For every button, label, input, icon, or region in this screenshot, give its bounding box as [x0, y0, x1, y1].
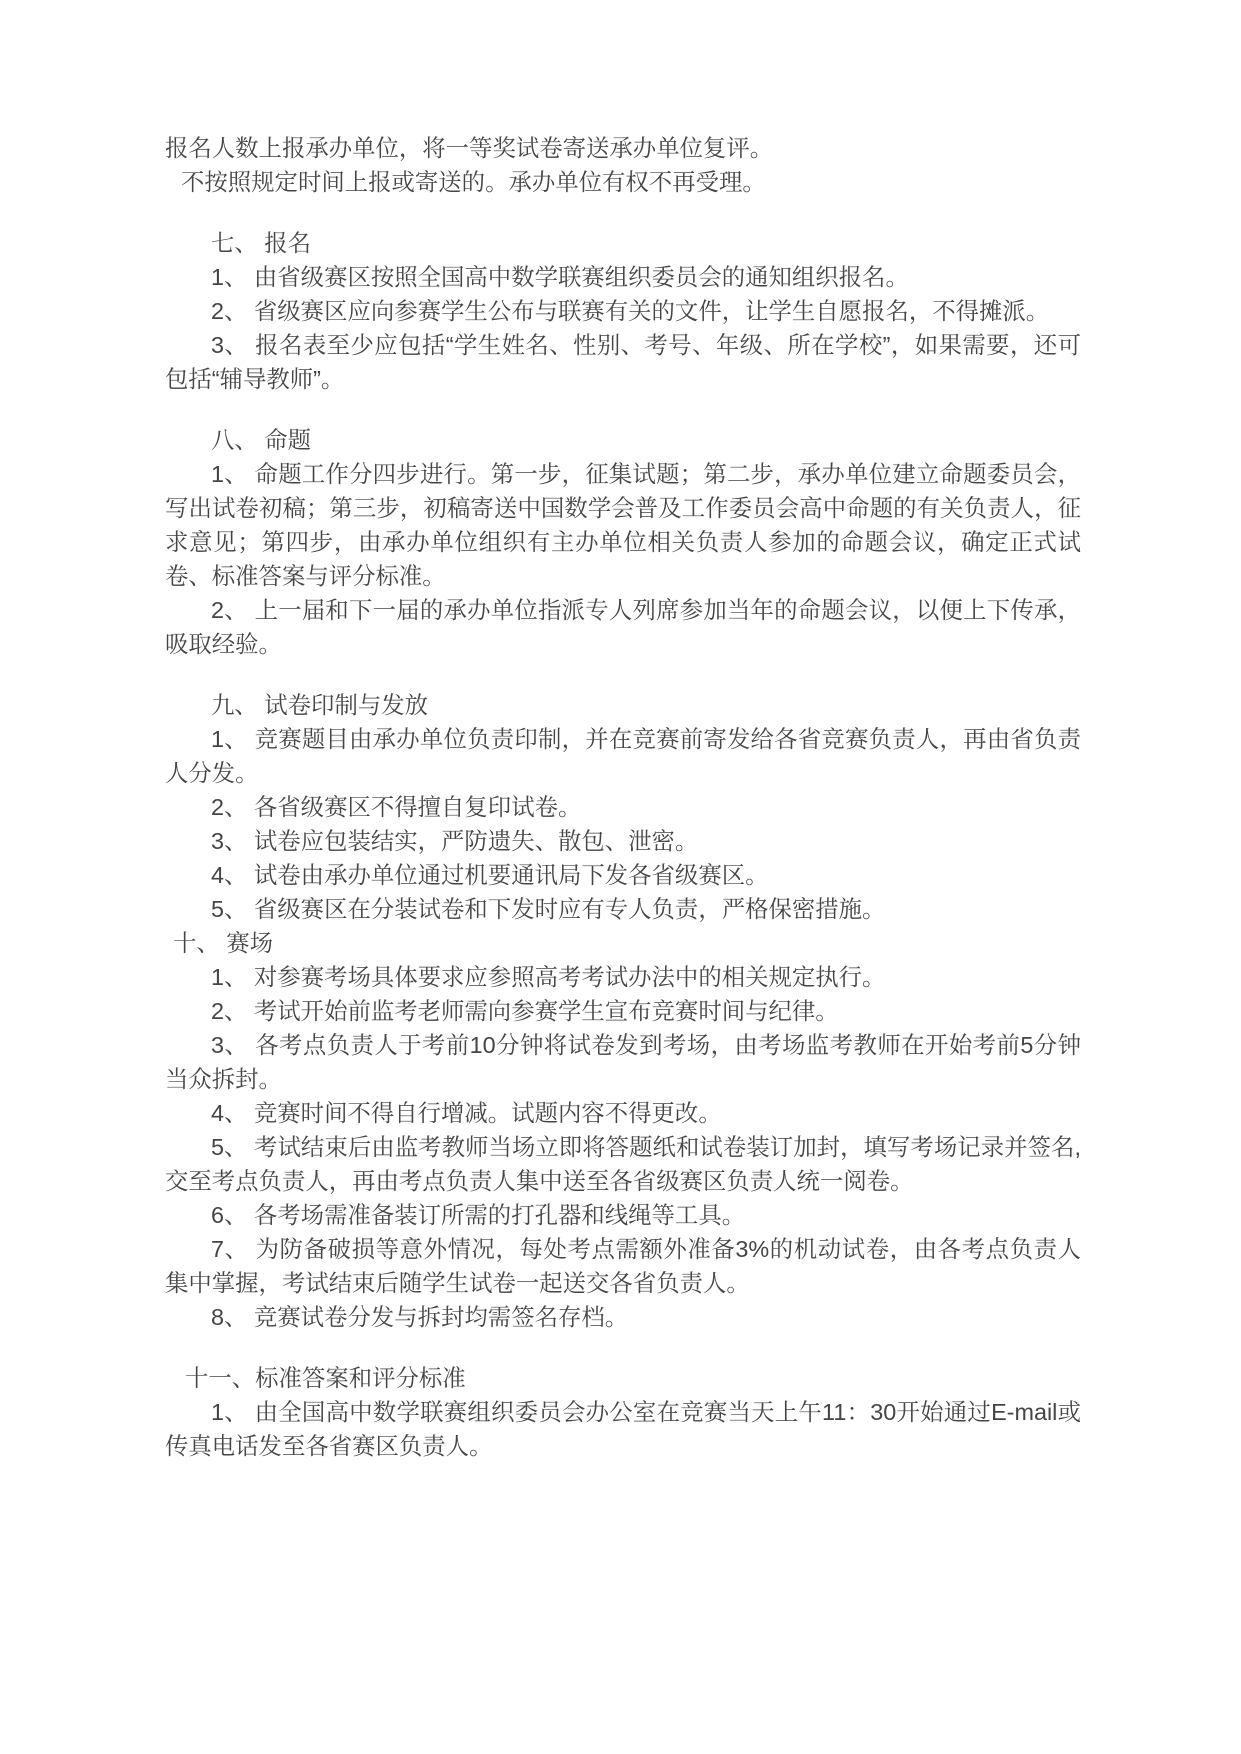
- document-text-block: 报名人数上报承办单位，将一等奖试卷寄送承办单位复评。 不按照规定时间上报或寄送的…: [165, 131, 1081, 1463]
- section-8-item-2: 2、 上一届和下一届的承办单位指派专人列席参加当年的命题会议，以便上下传承，吸取…: [165, 593, 1081, 661]
- section-9-item-4: 4、 试卷由承办单位通过机要通讯局下发各省级赛区。: [165, 858, 1081, 892]
- section-10-item-6: 6、 各考场需准备装订所需的打孔器和线绳等工具。: [165, 1198, 1081, 1232]
- section-11-heading: 十一、标准答案和评分标准: [165, 1361, 1081, 1395]
- section-9-item-2: 2、 各省级赛区不得擅自复印试卷。: [165, 790, 1081, 824]
- section-8-item-1: 1、 命题工作分四步进行。第一步，征集试题；第二步，承办单位建立命题委员会，写出…: [165, 457, 1081, 593]
- section-11-item-1: 1、 由全国高中数学联赛组织委员会办公室在竞赛当天上午11：30开始通过E-ma…: [165, 1395, 1081, 1463]
- blank-line: [165, 661, 1081, 688]
- intro-paragraph-2: 不按照规定时间上报或寄送的。承办单位有权不再受理。: [165, 165, 1081, 199]
- blank-line: [165, 199, 1081, 226]
- blank-line: [165, 1334, 1081, 1361]
- section-10-item-7: 7、 为防备破损等意外情况，每处考点需额外准备3%的机动试卷，由各考点负责人集中…: [165, 1232, 1081, 1300]
- document-page-background: { "document": { "intro": [ "报名人数上报承办单位，将…: [0, 0, 1241, 1754]
- section-9-item-3: 3、 试卷应包装结实，严防遗失、散包、泄密。: [165, 824, 1081, 858]
- section-9-item-1: 1、 竞赛题目由承办单位负责印制，并在竞赛前寄发给各省竞赛负责人，再由省负责人分…: [165, 722, 1081, 790]
- section-10-heading: 十、 赛场: [165, 926, 1081, 960]
- section-9-heading: 九、 试卷印制与发放: [165, 688, 1081, 722]
- section-10-item-1: 1、 对参赛考场具体要求应参照高考考试办法中的相关规定执行。: [165, 960, 1081, 994]
- section-9-item-5: 5、 省级赛区在分装试卷和下发时应有专人负责，严格保密措施。: [165, 892, 1081, 926]
- section-10-item-4: 4、 竞赛时间不得自行增减。试题内容不得更改。: [165, 1096, 1081, 1130]
- section-10-item-5: 5、 考试结束后由监考教师当场立即将答题纸和试卷装订加封，填写考场记录并签名,交…: [165, 1130, 1081, 1198]
- section-8-heading: 八、 命题: [165, 423, 1081, 457]
- section-7-item-2: 2、 省级赛区应向参赛学生公布与联赛有关的文件，让学生自愿报名，不得摊派。: [165, 294, 1081, 328]
- section-10-item-3: 3、 各考点负责人于考前10分钟将试卷发到考场，由考场监考教师在开始考前5分钟当…: [165, 1028, 1081, 1096]
- section-7-item-1: 1、 由省级赛区按照全国高中数学联赛组织委员会的通知组织报名。: [165, 260, 1081, 294]
- section-7-heading: 七、 报名: [165, 226, 1081, 260]
- blank-line: [165, 396, 1081, 423]
- section-7-item-3: 3、 报名表至少应包括“学生姓名、性别、考号、年级、所在学校”，如果需要，还可包…: [165, 328, 1081, 396]
- section-10-item-2: 2、 考试开始前监考老师需向参赛学生宣布竞赛时间与纪律。: [165, 994, 1081, 1028]
- intro-paragraph-1: 报名人数上报承办单位，将一等奖试卷寄送承办单位复评。: [165, 131, 1081, 165]
- section-10-item-8: 8、 竞赛试卷分发与拆封均需签名存档。: [165, 1300, 1081, 1334]
